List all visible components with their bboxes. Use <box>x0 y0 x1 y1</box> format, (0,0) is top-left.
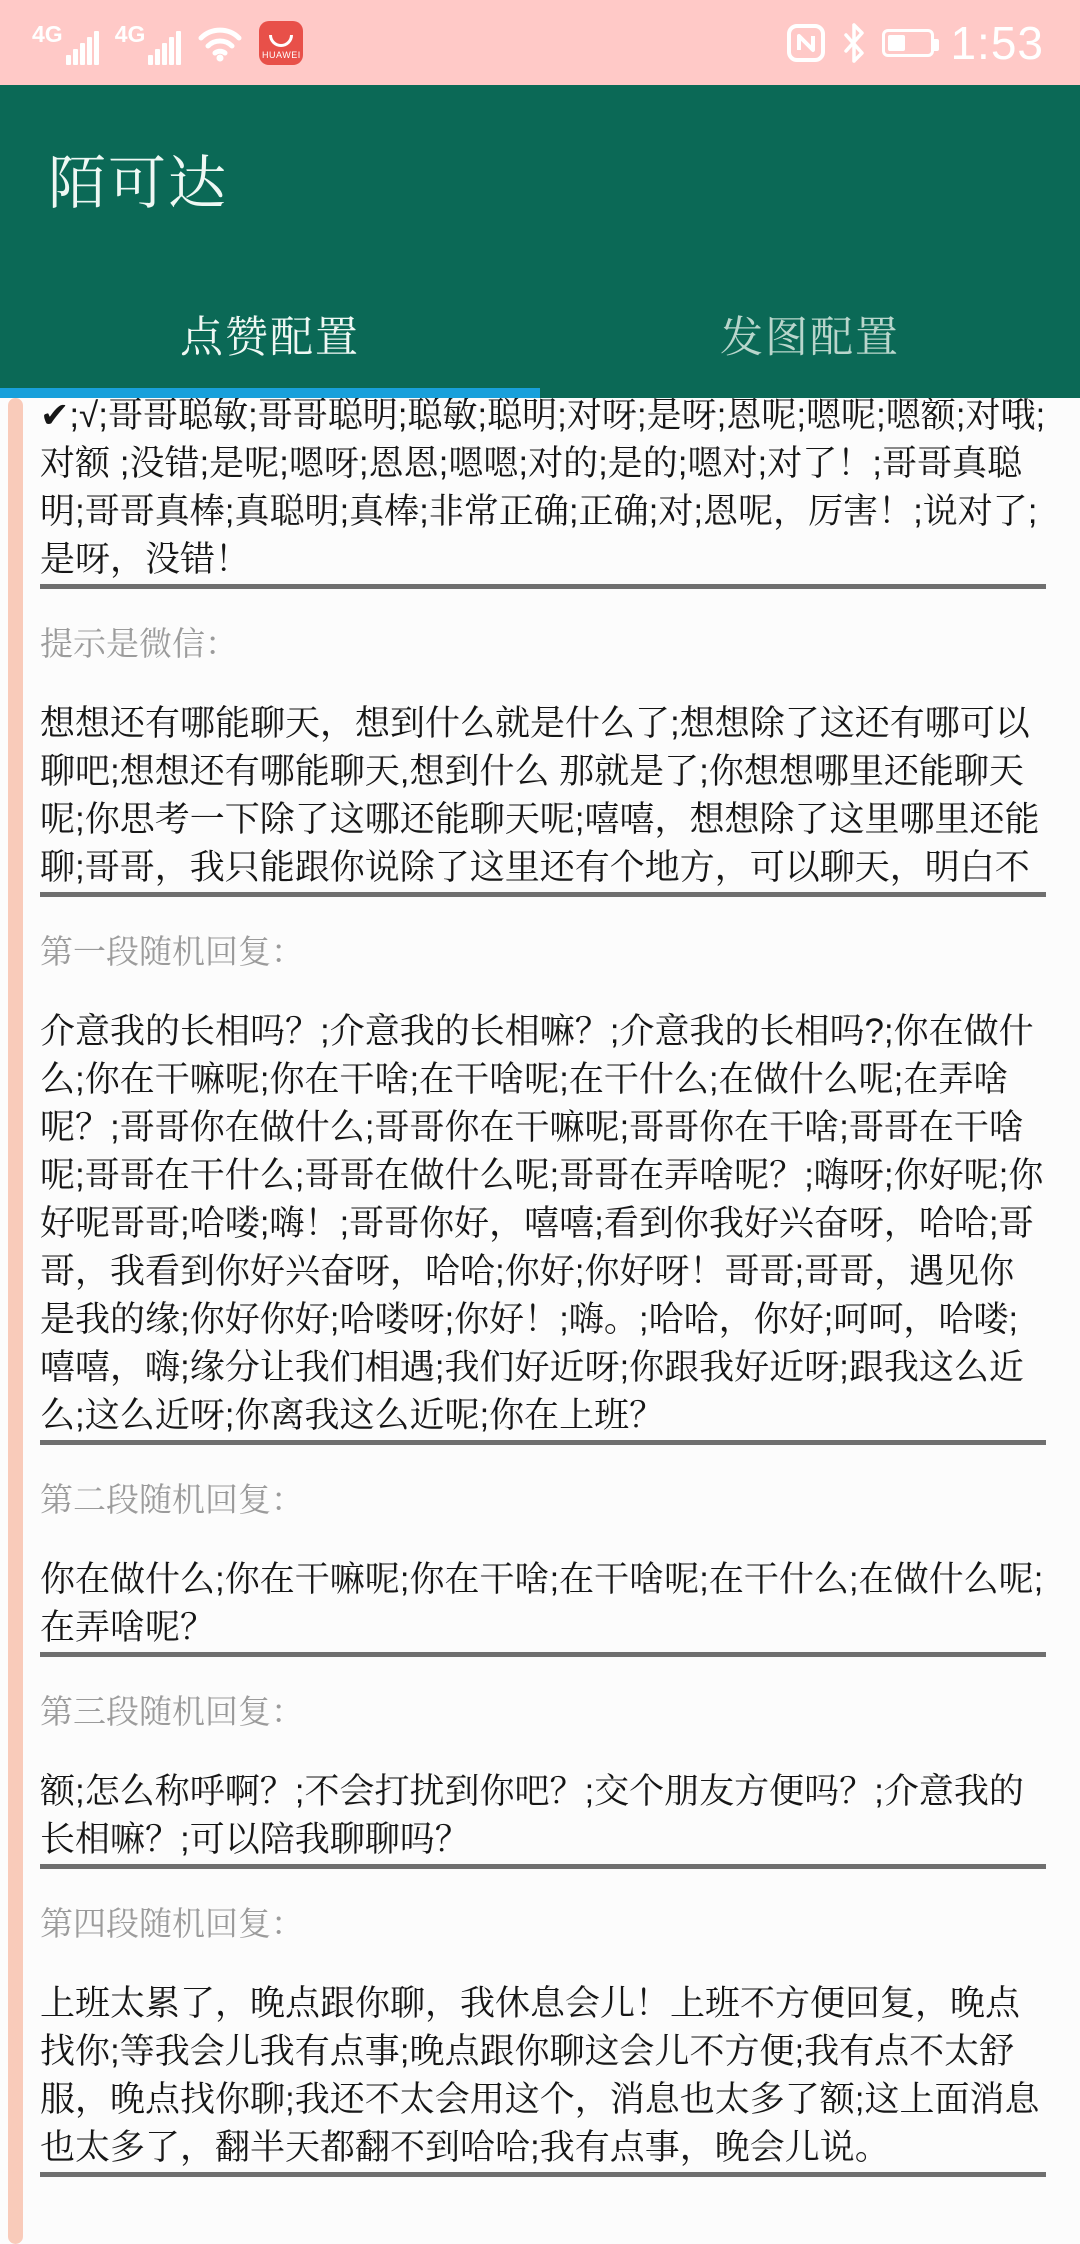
wifi-icon <box>197 24 243 62</box>
random-reply-3-input[interactable]: 额;怎么称呼啊？;不会打扰到你吧？;交个朋友方便吗？;介意我的长相嘛？;可以陪我… <box>40 1768 1046 1869</box>
signal-bars-icon <box>148 29 181 65</box>
field-random-reply-2: 第二段随机回复： 你在做什么;你在干嘛呢;你在干啥;在干啥呢;在干什么;在做什么… <box>0 1477 1080 1657</box>
wechat-hint-input[interactable]: 想想还有哪能聊天，想到什么就是什么了;想想除了这还有哪可以聊吧;想想还有哪能聊天… <box>40 700 1046 897</box>
config-form: ✔;√;哥哥聪敏;哥哥聪明;聪敏;聪明;对呀;是呀;恩呢;嗯呢;嗯额;对哦;对额… <box>0 398 1080 2244</box>
field-random-reply-4: 第四段随机回复： 上班太累了，晚点跟你聊，我休息会儿！上班不方便回复，晚点找你;… <box>0 1901 1080 2177</box>
app-bar: 陌可达 <box>0 85 1080 270</box>
random-reply-2-input[interactable]: 你在做什么;你在干嘛呢;你在干啥;在干啥呢;在干什么;在做什么呢;在弄啥呢？ <box>40 1556 1046 1657</box>
active-tab-indicator <box>0 388 540 398</box>
field-random-reply-3: 第三段随机回复： 额;怎么称呼啊？;不会打扰到你吧？;交个朋友方便吗？;介意我的… <box>0 1689 1080 1869</box>
tab-send-image-config-label: 发图配置 <box>720 304 900 365</box>
battery-icon <box>882 29 934 57</box>
tab-bar: 点赞配置 发图配置 <box>0 270 1080 398</box>
field-random-reply-1: 第一段随机回复： 介意我的长相吗？;介意我的长相嘛？;介意我的长相吗?;你在做什… <box>0 929 1080 1445</box>
huawei-label: HUAWEI <box>262 51 301 60</box>
huawei-app-icon: HUAWEI <box>259 21 303 65</box>
wechat-hint-label: 提示是微信： <box>40 621 1046 666</box>
battery-level-fill <box>888 35 904 51</box>
network-type-label-sim1: 4G <box>32 23 63 46</box>
random-reply-4-label: 第四段随机回复： <box>40 1901 1046 1946</box>
signal-bars-icon <box>66 29 99 65</box>
status-bar-left: 4G 4G HUAWEI <box>32 0 303 85</box>
phone-screen: 4G 4G HUAWEI <box>0 0 1080 2244</box>
huawei-smile-mark <box>269 35 293 47</box>
battery-nub <box>934 39 939 51</box>
random-reply-1-input[interactable]: 介意我的长相吗？;介意我的长相嘛？;介意我的长相吗?;你在做什么;你在干嘛呢;你… <box>40 1008 1046 1445</box>
nfc-icon <box>786 23 826 63</box>
clock-time: 1:53 <box>950 16 1044 70</box>
field-wechat-hint: 提示是微信： 想想还有哪能聊天，想到什么就是什么了;想想除了这还有哪可以聊吧;想… <box>0 621 1080 897</box>
signal-strength-icon-sim1: 4G <box>32 21 99 65</box>
scrollbar-thumb[interactable] <box>8 398 23 2244</box>
random-reply-4-input[interactable]: 上班太累了，晚点跟你聊，我休息会儿！上班不方便回复，晚点找你;等我会儿我有点事;… <box>40 1980 1046 2177</box>
tab-like-config[interactable]: 点赞配置 <box>0 270 540 398</box>
tab-like-config-label: 点赞配置 <box>180 304 360 365</box>
field-smart-replies: ✔;√;哥哥聪敏;哥哥聪明;聪敏;聪明;对呀;是呀;恩呢;嗯呢;嗯额;对哦;对额… <box>0 398 1080 589</box>
status-bar-right: 1:53 <box>786 0 1044 85</box>
random-reply-3-label: 第三段随机回复： <box>40 1689 1046 1734</box>
bluetooth-icon <box>842 23 866 63</box>
status-bar: 4G 4G HUAWEI <box>0 0 1080 85</box>
random-reply-2-label: 第二段随机回复： <box>40 1477 1046 1522</box>
network-type-label-sim2: 4G <box>115 23 146 46</box>
tab-send-image-config[interactable]: 发图配置 <box>540 270 1080 398</box>
random-reply-1-label: 第一段随机回复： <box>40 929 1046 974</box>
page-title: 陌可达 <box>48 136 228 220</box>
signal-strength-icon-sim2: 4G <box>115 21 182 65</box>
smart-replies-input[interactable]: ✔;√;哥哥聪敏;哥哥聪明;聪敏;聪明;对呀;是呀;恩呢;嗯呢;嗯额;对哦;对额… <box>40 398 1046 589</box>
